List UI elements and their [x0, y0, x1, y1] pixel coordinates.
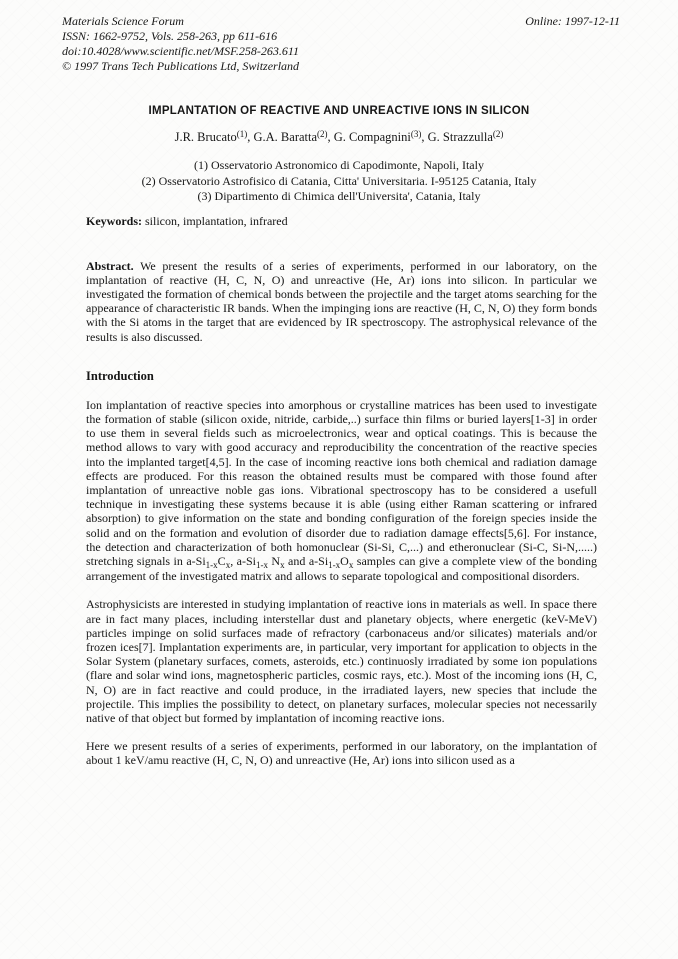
author-name: G.A. Baratta: [254, 130, 318, 144]
author-affiliation-marker: (1): [237, 129, 248, 139]
formula-subscript: x: [349, 560, 354, 570]
intro-paragraph-1: Ion implantation of reactive species int…: [86, 398, 597, 584]
intro-paragraph-2: Astrophysicists are interested in studyi…: [86, 597, 597, 725]
authors-line: J.R. Brucato(1), G.A. Baratta(2), G. Com…: [0, 130, 678, 145]
author-affiliation-marker: (2): [493, 129, 504, 139]
keywords-label: Keywords:: [86, 214, 142, 228]
affiliation-line: (2) Osservatorio Astrofisico di Catania,…: [0, 174, 678, 190]
paragraph-text: O: [340, 554, 349, 568]
author-name: G. Compagnini: [334, 130, 411, 144]
copyright-line: © 1997 Trans Tech Publications Ltd, Swit…: [62, 59, 299, 74]
keywords-line: Keywords: silicon, implantation, infrare…: [86, 214, 597, 229]
formula-subscript: 1-x: [206, 560, 218, 570]
paragraph-text: Ion implantation of reactive species int…: [86, 398, 597, 568]
paragraph-text: and a-Si: [285, 554, 329, 568]
keywords-text: silicon, implantation, infrared: [142, 214, 288, 228]
paragraph-text: C: [218, 554, 226, 568]
intro-paragraph-3: Here we present results of a series of e…: [86, 739, 597, 767]
paper-title: IMPLANTATION OF REACTIVE AND UNREACTIVE …: [40, 105, 638, 117]
author-affiliation-marker: (3): [411, 129, 422, 139]
affiliations-block: (1) Osservatorio Astronomico di Capodimo…: [0, 158, 678, 205]
affiliation-line: (1) Osservatorio Astronomico di Capodimo…: [0, 158, 678, 174]
issn-line: ISSN: 1662-9752, Vols. 258-263, pp 611-6…: [62, 29, 299, 44]
journal-info-block: Materials Science Forum ISSN: 1662-9752,…: [62, 14, 299, 74]
paper-page: Materials Science Forum ISSN: 1662-9752,…: [0, 0, 678, 959]
author-name: J.R. Brucato: [175, 130, 237, 144]
author-affiliation-marker: (2): [317, 129, 328, 139]
formula-subscript: 1-x: [256, 560, 268, 570]
abstract-paragraph: Abstract. We present the results of a se…: [86, 259, 597, 344]
author-name: G. Strazzulla: [428, 130, 493, 144]
abstract-text: We present the results of a series of ex…: [86, 259, 597, 344]
affiliation-line: (3) Dipartimento di Chimica dell'Univers…: [0, 189, 678, 205]
formula-subscript: x: [226, 560, 231, 570]
formula-subscript: 1-x: [328, 560, 340, 570]
section-heading-introduction: Introduction: [86, 369, 597, 384]
paragraph-text: , a-Si: [230, 554, 256, 568]
journal-title: Materials Science Forum: [62, 14, 299, 29]
doi-line: doi:10.4028/www.scientific.net/MSF.258-2…: [62, 44, 299, 59]
formula-subscript: x: [280, 560, 285, 570]
online-date: Online: 1997-12-11: [525, 14, 620, 29]
paragraph-text: N: [268, 554, 280, 568]
page-header: Materials Science Forum ISSN: 1662-9752,…: [0, 0, 678, 74]
abstract-label: Abstract.: [86, 259, 134, 273]
